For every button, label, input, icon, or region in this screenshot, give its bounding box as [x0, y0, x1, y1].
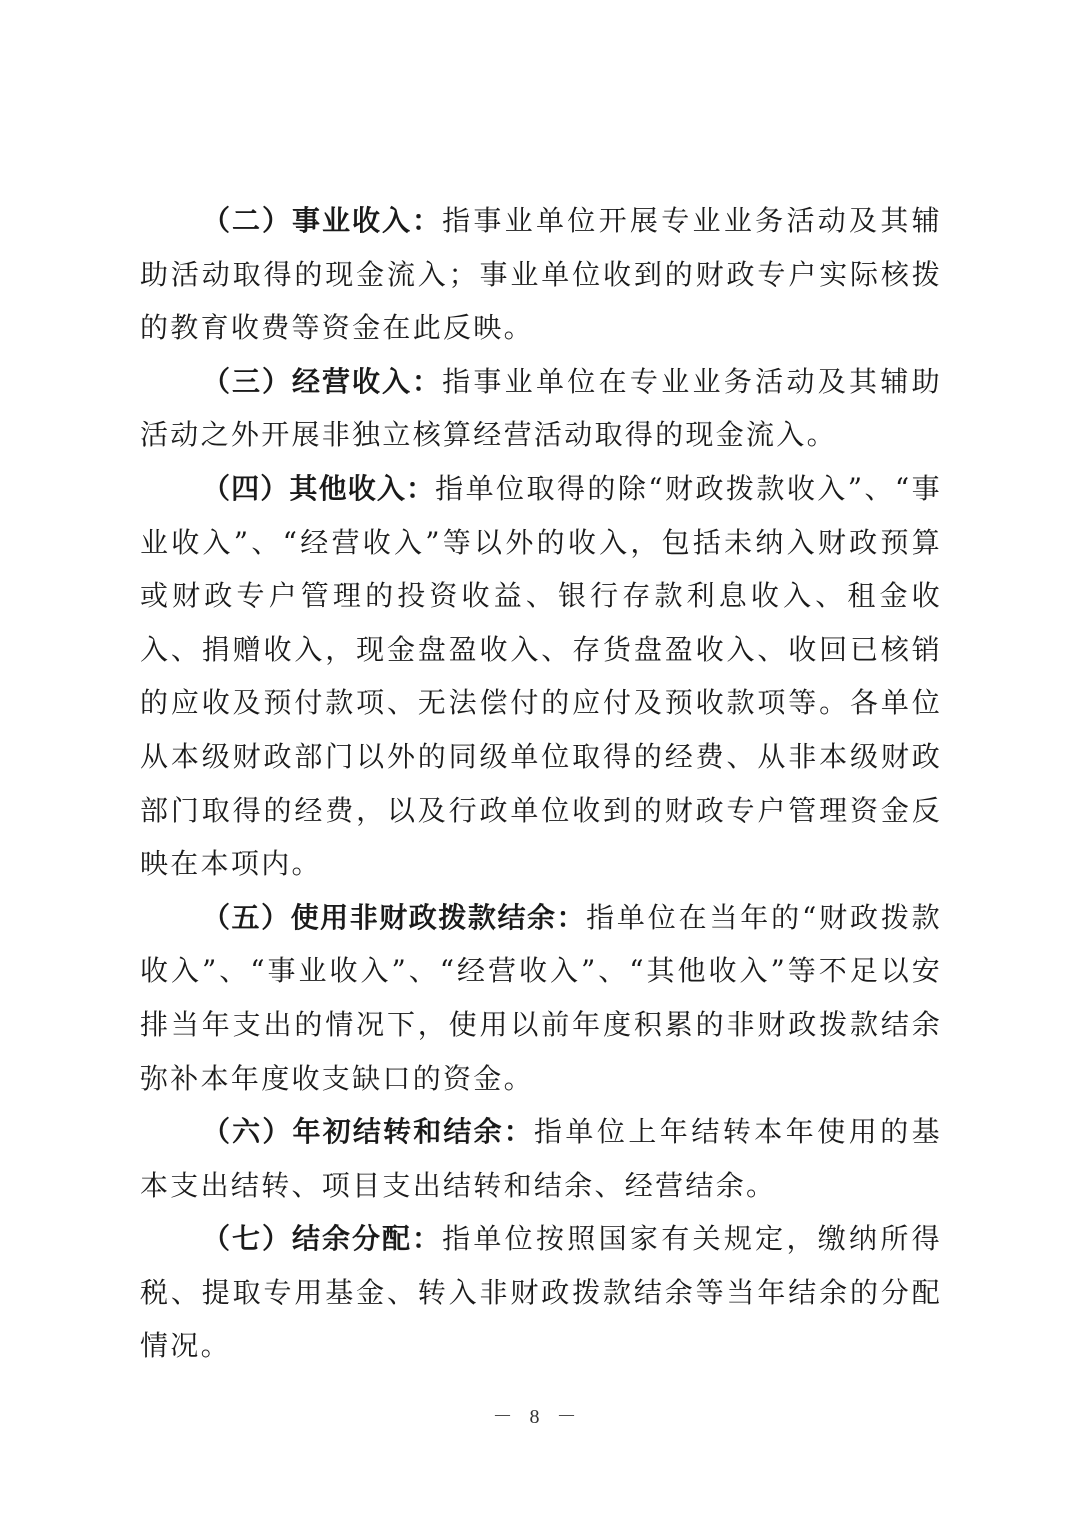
page-number: － 8 －: [0, 1400, 1075, 1429]
paragraph-heading: （四）其他收入：: [202, 472, 435, 505]
paragraph-business-income: （二）事业收入：指事业单位开展专业业务活动及其辅助活动取得的现金流入；事业单位收…: [140, 194, 942, 355]
document-body: （二）事业收入：指事业单位开展专业业务活动及其辅助活动取得的现金流入；事业单位收…: [140, 194, 942, 1373]
paragraph-heading: （六）年初结转和结余：: [202, 1115, 534, 1148]
paragraph-heading: （三）经营收入：: [202, 365, 442, 398]
document-page: （二）事业收入：指事业单位开展专业业务活动及其辅助活动取得的现金流入；事业单位收…: [0, 0, 1075, 1520]
paragraph-text: 指单位取得的除“财政拨款收入”、“事业收入”、“经营收入”等以外的收入，包括未纳…: [140, 472, 942, 880]
paragraph-surplus-distribution: （七）结余分配：指单位按照国家有关规定，缴纳所得税、提取专用基金、转入非财政拨款…: [140, 1212, 942, 1373]
paragraph-operating-income: （三）经营收入：指事业单位在专业业务活动及其辅助活动之外开展非独立核算经营活动取…: [140, 355, 942, 462]
paragraph-heading: （二）事业收入：: [202, 204, 442, 237]
paragraph-heading: （七）结余分配：: [202, 1222, 442, 1255]
paragraph-other-income: （四）其他收入：指单位取得的除“财政拨款收入”、“事业收入”、“经营收入”等以外…: [140, 462, 942, 891]
paragraph-non-fiscal-balance: （五）使用非财政拨款结余：指单位在当年的“财政拨款收入”、“事业收入”、“经营收…: [140, 891, 942, 1105]
paragraph-heading: （五）使用非财政拨款结余：: [202, 901, 586, 934]
paragraph-carryover: （六）年初结转和结余：指单位上年结转本年使用的基本支出结转、项目支出结转和结余、…: [140, 1105, 942, 1212]
